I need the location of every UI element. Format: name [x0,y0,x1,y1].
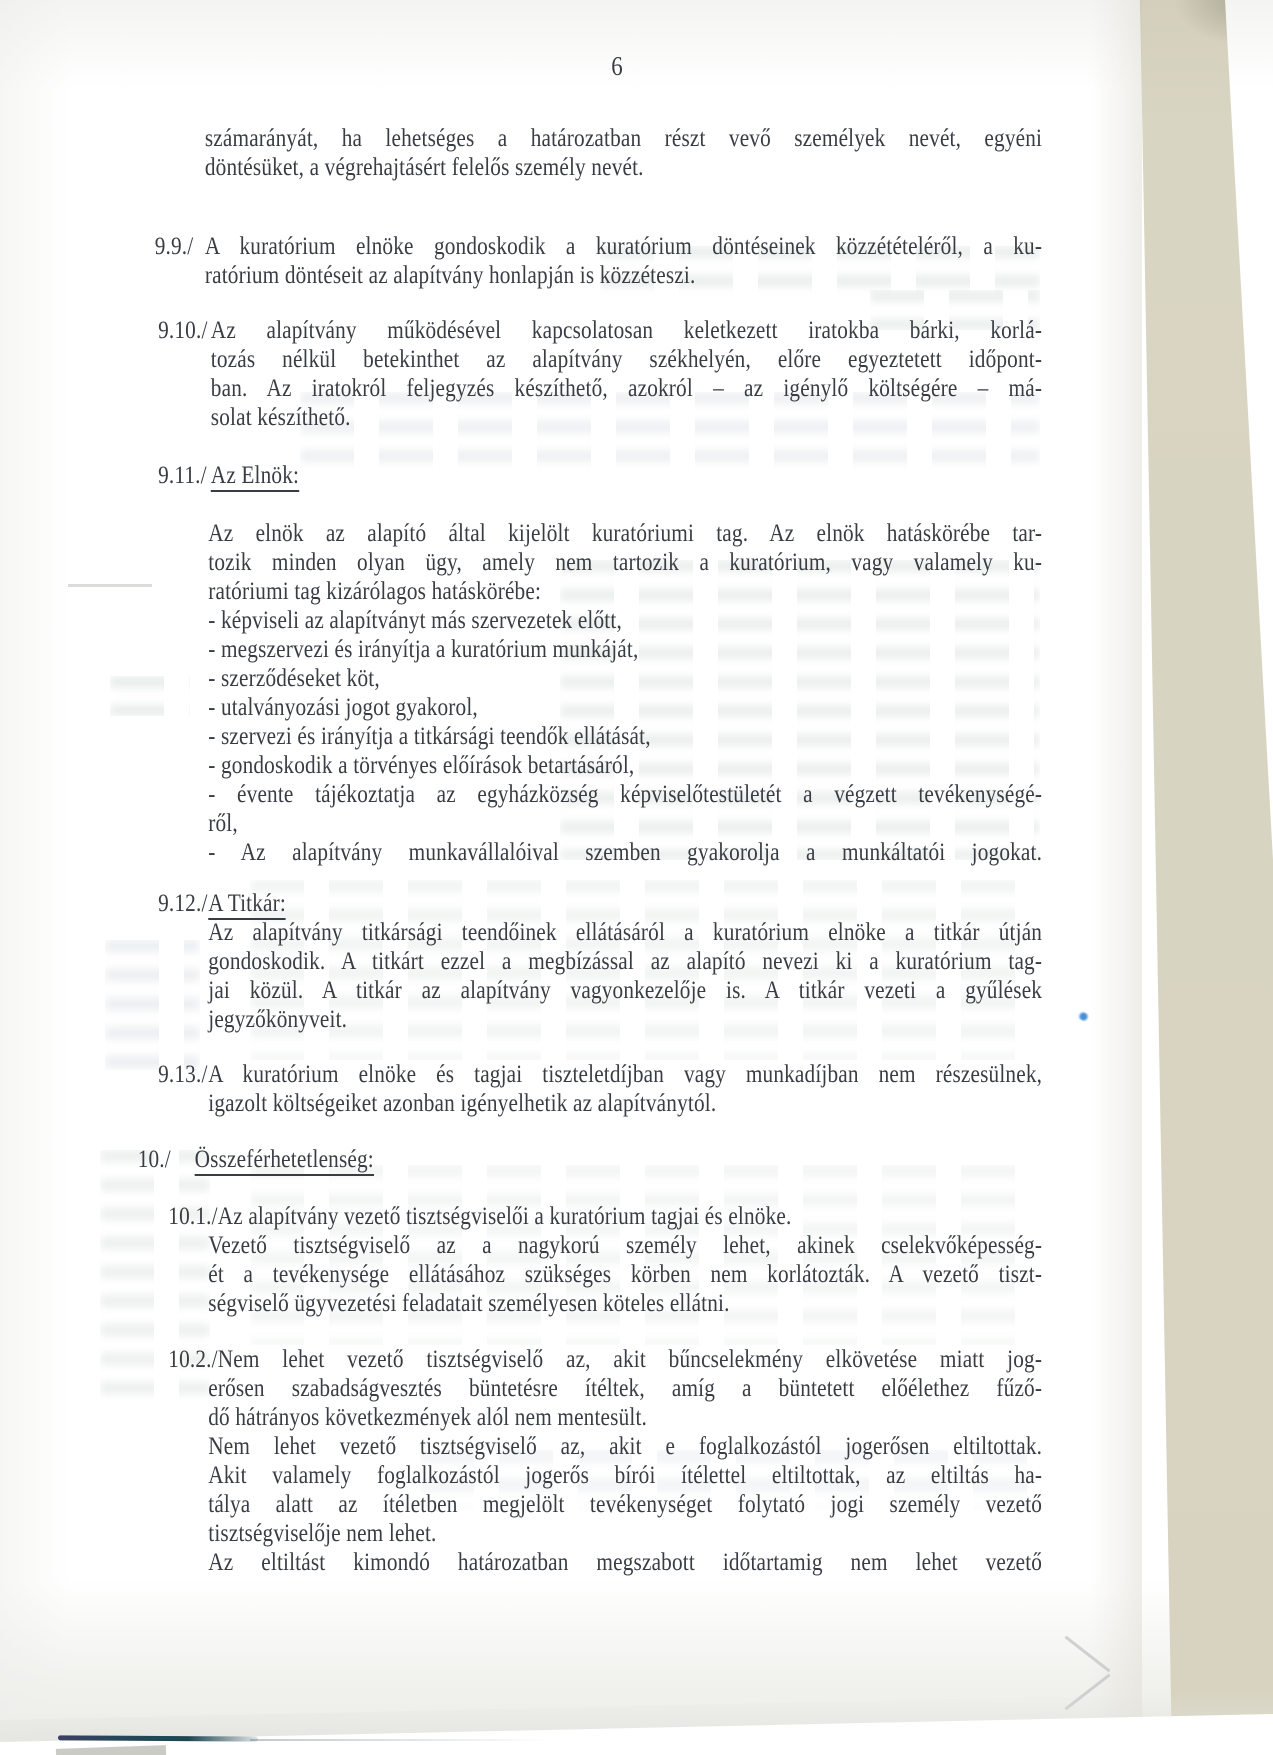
text-line: A kuratórium elnöke és tagjai tiszteletd… [208,1060,1042,1089]
doc-block-s9_11_b: Az elnök az alapító által kijelölt kurat… [208,519,1042,867]
text-line: Az alapítvány működésével kapcsolatosan … [211,316,1042,345]
text-line: - évente tájékoztatja az egyházközség ké… [208,780,1042,809]
text-line: - szervezi és irányítja a titkársági tee… [208,722,1042,751]
section-number: 10.1./ [168,1203,217,1230]
section-heading: Összeférhetetlenség: [195,1146,374,1176]
text-line: igazolt költségeiket azonban igényelheti… [208,1089,1042,1118]
text-line: ratórium döntéseit az alapítvány honlapj… [205,261,1042,290]
text-line: 10.1./Az alapítvány vezető tisztségvisel… [208,1202,1042,1231]
text-line: jai közül. A titkár az alapítvány vagyon… [208,976,1042,1005]
text-line: - gondoskodik a törvényes előírások beta… [208,751,1042,780]
text-line: dő hátrányos következmények alól nem men… [208,1403,1042,1432]
text-line: - szerződéseket köt, [208,664,1042,693]
text-line: Az elnök az alapító által kijelölt kurat… [208,519,1042,548]
text-line: tozik minden olyan ügy, amely nem tartoz… [208,548,1042,577]
text-line: Akit valamely foglalkozástól jogerős bír… [208,1461,1042,1490]
text-line: - megszervezi és irányítja a kuratórium … [208,635,1042,664]
text-line: 10.2./Nem lehet vezető tisztségviselő az… [208,1345,1042,1374]
text-line: ségviselő ügyvezetési feladatait személy… [208,1289,1042,1318]
doc-block-s10_h: 10./Összeférhetetlenség: [195,1145,374,1174]
bottom-ink-line-faint [250,1739,550,1741]
section-number: 9.13./ [158,1060,207,1089]
document-page: 6 számarányát, ha lehetséges a határozat… [0,0,1273,1755]
text-line: ban. Az iratokról feljegyzés készíthető,… [211,374,1042,403]
section-number: 9.11./ [158,461,207,490]
doc-block-intro: számarányát, ha lehetséges a határozatba… [205,124,1042,182]
text-line: Nem lehet vezető tisztségviselő az, akit… [208,1432,1042,1461]
text-line: Az alapítvány titkársági teendőinek ellá… [208,918,1042,947]
doc-block-s9_12: 9.12./A Titkár:Az alapítvány titkársági … [208,889,1042,1034]
text-line: - Az alapítvány munkavállalóival szemben… [208,838,1042,867]
text-line: tozás nélkül betekinthet az alapítvány s… [211,345,1042,374]
doc-block-s10_1: 10.1./Az alapítvány vezető tisztségvisel… [208,1202,1042,1318]
text-line: ratóriumi tag kizárólagos hatáskörébe: [208,577,1042,606]
text-line: Vezető tisztségviselő az a nagykorú szem… [208,1231,1042,1260]
text-line: tálya alatt az ítéletben megjelölt tevék… [208,1490,1042,1519]
section-number: 9.10./ [158,316,207,345]
section-number: 10.2./ [168,1346,217,1373]
doc-block-s10_2: 10.2./Nem lehet vezető tisztségviselő az… [208,1345,1042,1577]
text-line: solat készíthető. [211,403,1042,432]
section-number: 10./ [138,1145,171,1174]
text-line: ről, [208,809,1042,838]
page-number: 6 [590,52,644,81]
text-line: A kuratórium elnöke gondoskodik a kurató… [205,232,1042,261]
text-line: döntésüket, a végrehajtásért felelős sze… [205,153,1042,182]
doc-block-s9_10: 9.10./Az alapítvány működésével kapcsola… [211,316,1042,432]
doc-block-s9_13: 9.13./A kuratórium elnöke és tagjai tisz… [208,1060,1042,1118]
section-heading: A Titkár: [208,890,286,920]
section-number: 9.12./ [158,889,207,918]
text-line: Az eltiltást kimondó határozatban megsza… [208,1548,1042,1577]
text-line: - képviseli az alapítványt más szervezet… [208,606,1042,635]
text-line: - utalványozási jogot gyakorol, [208,693,1042,722]
text-line: gondoskodik. A titkárt ezzel a megbízáss… [208,947,1042,976]
section-heading: Az Elnök: [211,462,299,492]
doc-block-s9_9: 9.9./A kuratórium elnöke gondoskodik a k… [205,232,1042,290]
text-line: ét a tevékenysége ellátásához szükséges … [208,1260,1042,1289]
doc-block-s9_11_h: 9.11./Az Elnök: [211,461,299,490]
section-number: 9.9./ [155,232,194,261]
text-line: számarányát, ha lehetséges a határozatba… [205,124,1042,153]
text-line: erősen szabadságvesztés büntetésre ítélt… [208,1374,1042,1403]
text-line: tisztségviselője nem lehet. [208,1519,1042,1548]
text-line: jegyzőkönyveit. [208,1005,1042,1034]
